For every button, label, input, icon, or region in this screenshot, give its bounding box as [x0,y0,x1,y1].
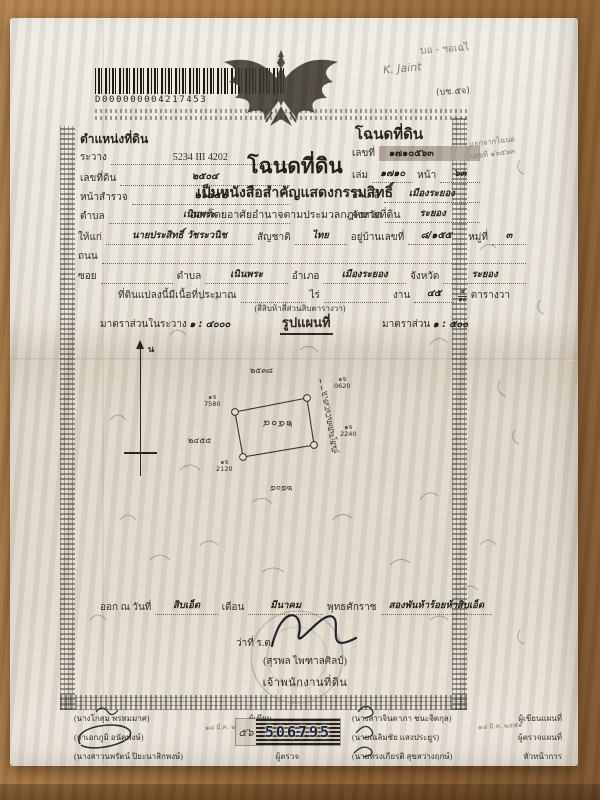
issue-era-label: พุทธศักราช [327,600,376,615]
serial-prefix: ๕๖ [236,719,256,745]
owner-name: นายประสิทธิ์ วัชระวนิช [106,228,253,245]
north-label: น [148,342,154,356]
left-official-3-role: ผู้ตรวจ [276,750,299,763]
road-value-blank [102,251,526,264]
wa-fraction: ๔ ๑๐ [458,289,467,303]
signer-rank: ว่าที่ ร.ต. [236,636,273,651]
adjacent-parcel-left: ๒๔๕๕ [188,434,211,447]
right-official-2-role: ผู้ตรวจแผนที่ [518,731,562,744]
wood-table-surface [0,784,600,800]
parcel-no-label: เลขที่ดิน [80,171,116,186]
map-heading: รูปแผนที่ [280,312,333,335]
north-arrow-shaft [140,348,142,476]
issue-day-value: สิบเอ็ด [155,598,217,615]
map-scale-value: ๑ : ๕๐๐ [433,319,468,330]
top-guilloche-band-2 [95,116,470,120]
map-scale: มาตราส่วน ๑ : ๕๐๐ [382,317,468,332]
sheet-scale-label: มาตราส่วนในระวาง [100,319,187,330]
map-scale-label: มาตราส่วน [382,319,430,330]
adjacent-parcel-top: ๒๕๓๘ [250,364,273,377]
area-prefix: ที่ดินแปลงนี้มีเนื้อที่ประมาณ [118,288,237,303]
grant-district-value: เมืองระยอง [323,267,406,284]
wa-fraction-denominator: ๑๐ [458,297,466,304]
top-guilloche-band [95,109,470,113]
grant-province-value: ระยอง [443,267,526,284]
issue-prefix: ออก ณ วันที่ [100,600,151,615]
wa-value: ๔๕ [414,286,454,303]
marker-4-number: 2120 [216,466,233,473]
deed-block-title: โฉนดที่ดิน [355,122,423,146]
rai-label: ไร่ [310,288,320,303]
pencil-note-code: (บช.๕จ) [436,83,470,99]
marker-1-number: 7580 [204,401,221,408]
barcode-number: D000000004217453 [95,95,207,105]
moo-value: ๓ [492,228,526,245]
boundary-marker-label-4: ๑จ 2120 [216,459,233,474]
grant-district-label: อำเภอ [292,269,320,284]
left-official-1-name: (นางโกสุม พรหมมาศ) [74,712,149,725]
address-label: อยู่บ้านเลขที่ [351,230,405,245]
address-value: ๘/๑๕๕ [408,228,464,245]
right-official-1-name: (นางสาวจินดาภา ชนะจิตกุล) [352,712,452,725]
right-official-3-role: หัวหน้าการ [523,750,562,763]
left-official-2-name: (จ่าเอกภูมิ อนัคพงษ์) [74,731,144,744]
nationality-label: สัญชาติ [257,230,291,245]
document-subtitle: เป็นหนังสือสำคัญแสดงกรรมสิทธิ์ [140,182,450,204]
survey-page-label: หน้าสำรวจ [80,190,128,205]
sheet-scale-value: ๑ : ๔๐๐๐ [189,319,230,330]
barcode [95,68,287,94]
serial-number: 506795 [256,723,340,741]
left-official-3-name: (นางสาวนพรัตน์ ปิยะนาสิกพงษ์) [74,750,183,763]
right-official-2-name: (นายเฉลิมชัย แสงประยูร) [352,731,439,744]
land-position-title: ตำแหน่งที่ดิน [80,130,148,149]
grant-to-label: ให้แก่ [78,230,102,245]
soi-value-blank [101,271,173,284]
issue-year-value: สองพันห้าร้อยห้าสิบเอ็ด [381,598,492,615]
nationality-value: ไทย [295,228,347,245]
issue-month-label: เดือน [222,600,245,615]
sheet-scale: มาตราส่วนในระวาง ๑ : ๔๐๐๐ [100,317,230,332]
right-official-1-role: ผู้เขียนแผนที่ [518,712,562,725]
wa-label: ตารางวา [471,288,510,303]
position-tambon-label: ตำบล [80,209,105,224]
photo-of-land-deed: D000000004217453 บอ - ฯอเฉไ K. Jaint (บช… [0,0,600,800]
marker-3-number: 2240 [340,431,357,438]
paper-fold-crease [10,358,578,361]
soi-label: ซอย [78,269,97,284]
document-authority-line: ออกโดยอาศัยอำนาจตามประมวลกฎหมายที่ดิน [140,206,450,223]
ngan-label: งาน [393,288,410,303]
boundary-marker-label-2: ๑จ 0620 [334,376,351,391]
serial-number-stamp: ๕๖ 506795 [236,719,340,745]
signer-name: (สุรพล ไพฑาลศิลป์) [225,654,385,669]
boundary-marker-label-1: ๑จ 7580 [204,394,221,409]
road-label: ถนน [78,249,98,264]
signer-position: เจ้าพนักงานที่ดิน [225,673,385,691]
marker-2-number: 0620 [334,383,351,390]
adjacent-parcel-bottom: ๒๕๐๕ [270,482,292,495]
grant-tambon-label: ตำบล [177,269,202,284]
rawang-label: ระวาง [80,150,107,165]
grant-province-label: จังหวัด [410,269,439,284]
parcel-number-on-map: ๒๕๐๔ [262,415,293,431]
boundary-marker-label-3: ๑จ 2240 [340,424,357,439]
bottom-ornate-border [60,695,467,710]
issue-month-value: มีนาคม [248,598,323,615]
grant-tambon-value: เนินพระ [205,267,288,284]
right-official-3-name: (นายทรงเกียรติ สุขสว่างฤกษ์) [352,750,452,763]
left-ornate-border [60,126,75,710]
moo-label: หมู่ที่ [468,230,488,245]
document-main-title: โฉนดที่ดิน [140,150,450,183]
north-arrow-crossbar [124,452,157,454]
